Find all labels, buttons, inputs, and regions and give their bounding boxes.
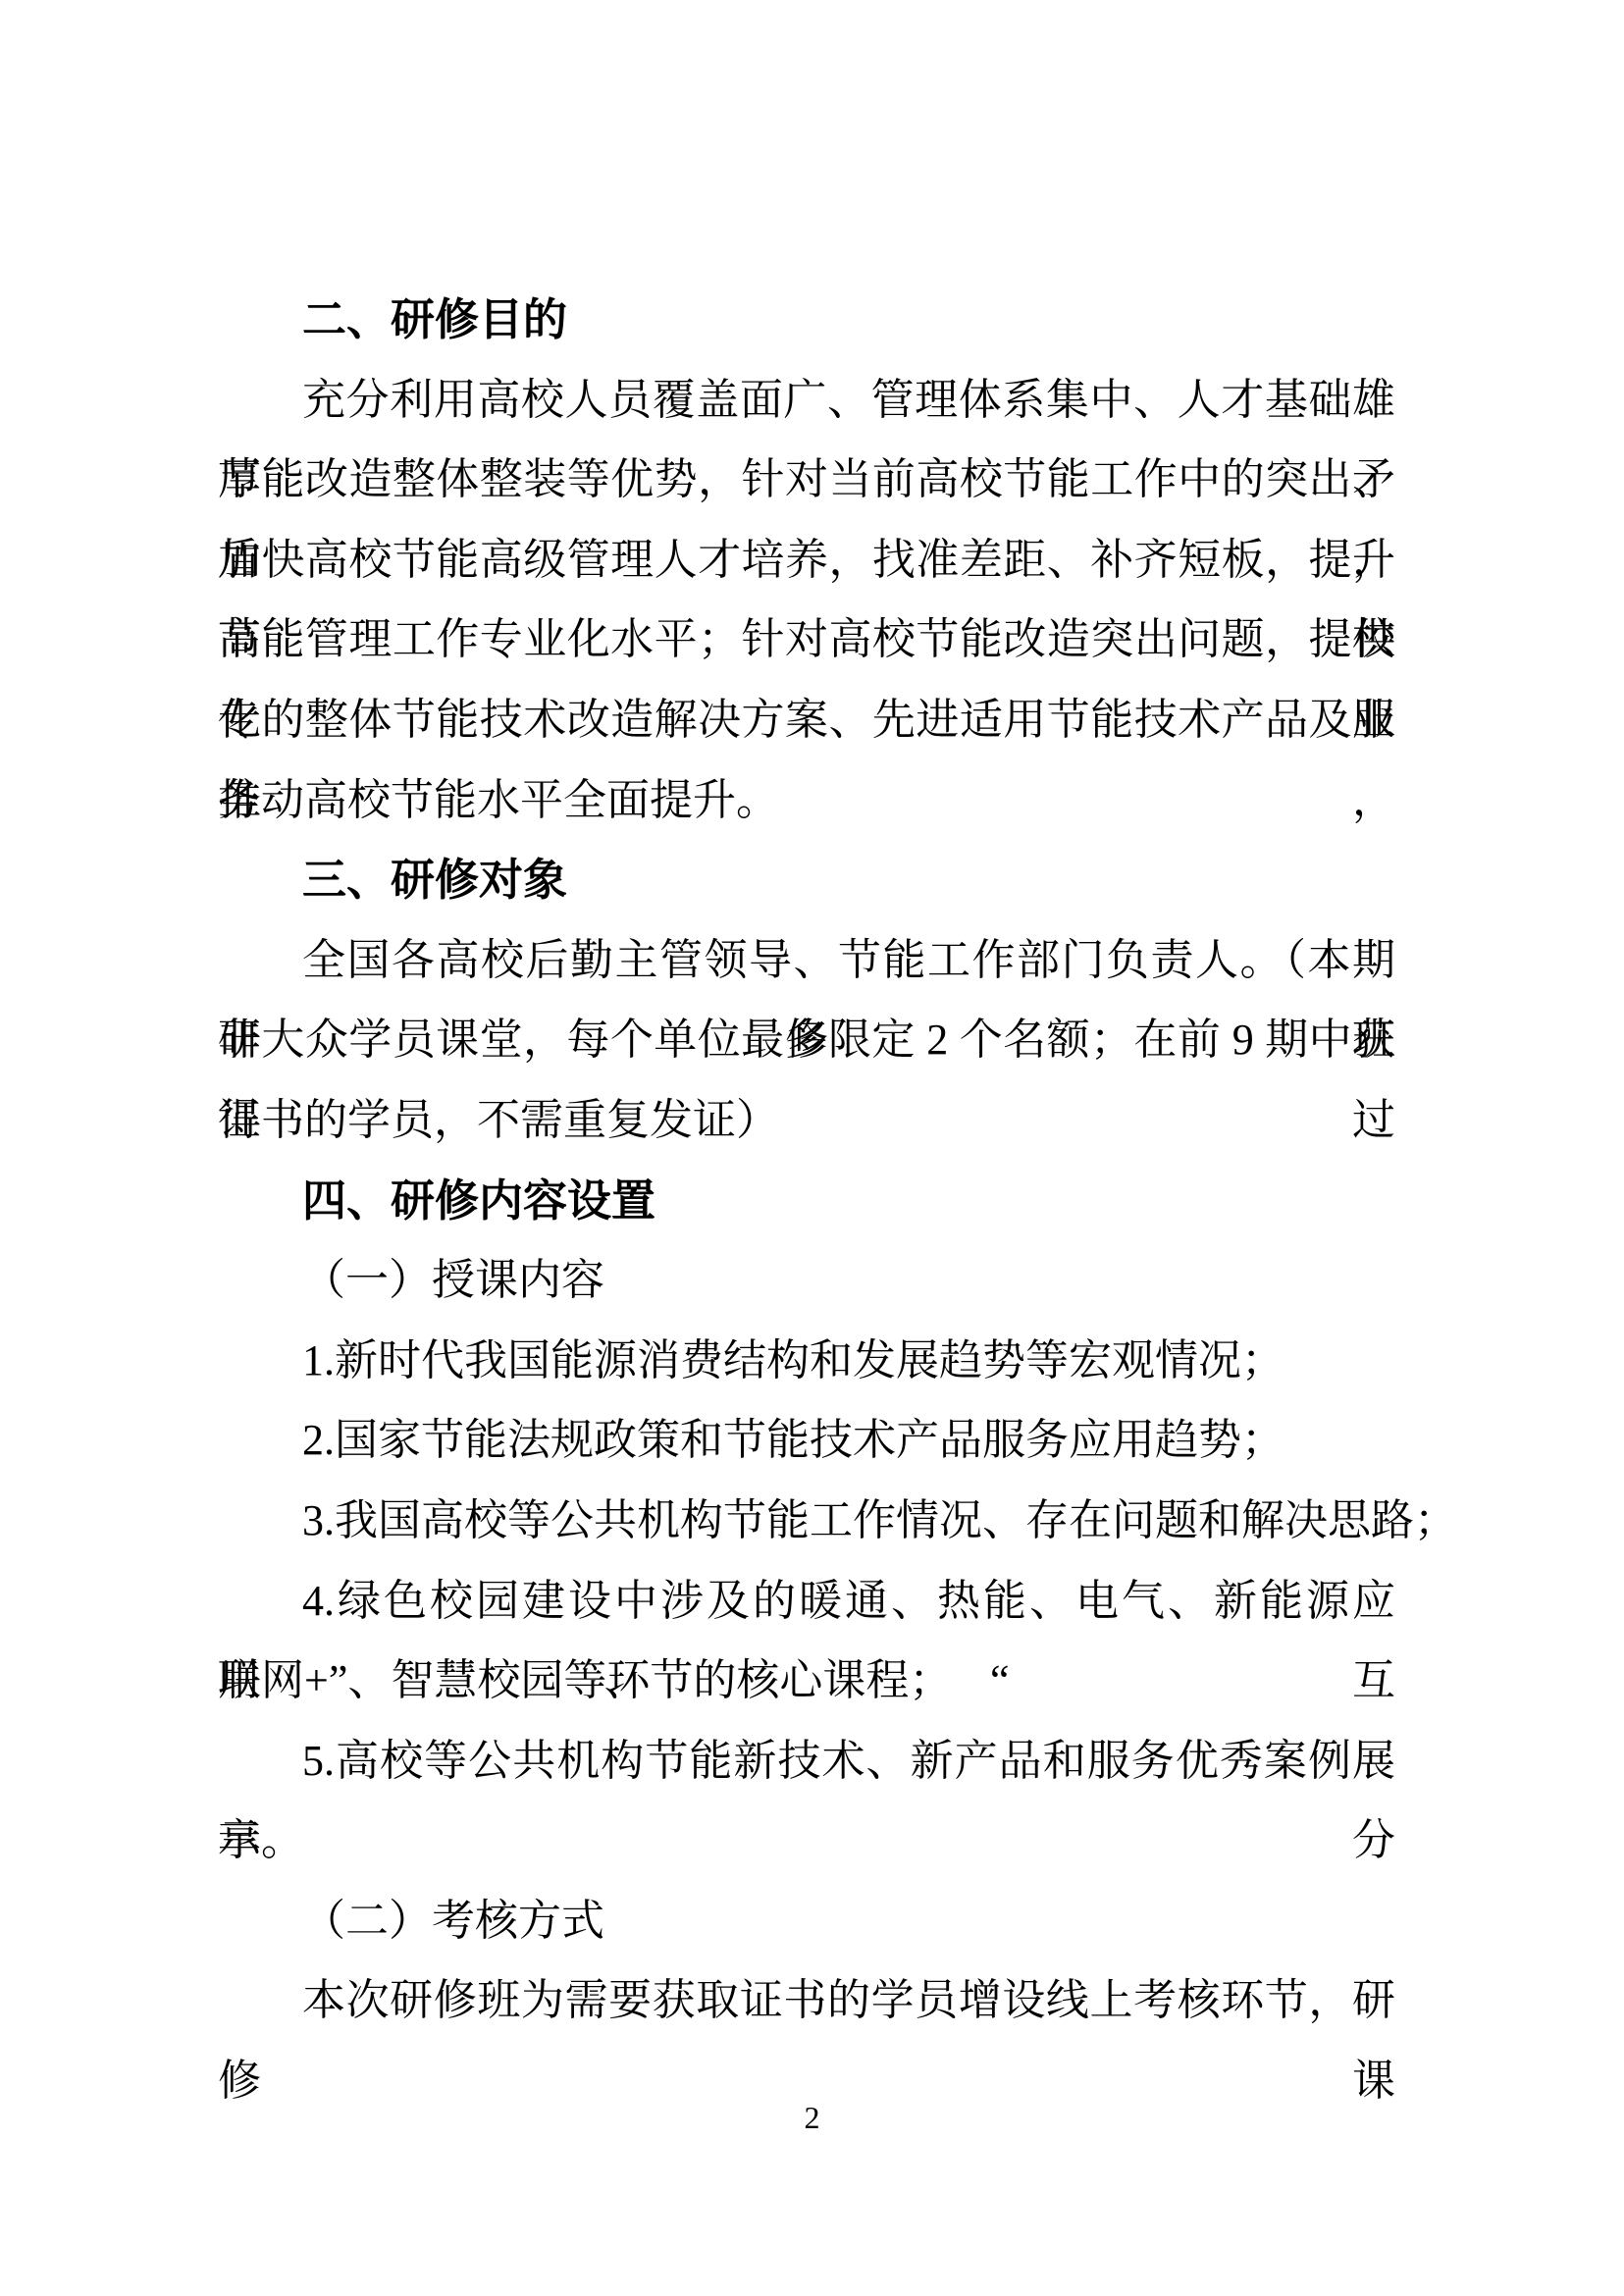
paragraph-audience-line: 非大众学员课堂，每个单位最多限定 2 个名额；在前 9 期中获得过	[218, 1000, 1395, 1080]
list-item-4: 4.绿色校园建设中涉及的暖通、热能、电气、新能源应用、“互	[218, 1561, 1395, 1642]
list-item-3: 3.我国高校等公共机构节能工作情况、存在问题和解决思路；	[218, 1481, 1395, 1561]
paragraph-purpose-line: 节能管理工作专业化水平；针对高校节能改造突出问题，提供专业	[218, 600, 1395, 680]
list-item-5: 5.高校等公共机构节能新技术、新产品和服务优秀案例展示分	[218, 1721, 1395, 1801]
document-text-block: 二、研修目的 充分利用高校人员覆盖面广、管理体系集中、人才基础雄厚、 节能改造整…	[218, 280, 1395, 2041]
subsection-2-heading: （二）考核方式	[218, 1881, 1395, 1961]
paragraph-purpose-line: 充分利用高校人员覆盖面广、管理体系集中、人才基础雄厚、	[218, 360, 1395, 441]
paragraph-audience-line: 全国各高校后勤主管领导、节能工作部门负责人。（本期研修班	[218, 920, 1395, 1001]
page-number: 2	[0, 2096, 1624, 2139]
list-item-2: 2.国家节能法规政策和节能技术产品服务应用趋势；	[218, 1400, 1395, 1481]
paragraph-purpose-line: 化的整体节能技术改造解决方案、先进适用节能技术产品及服务，	[218, 680, 1395, 760]
section-2-heading: 二、研修目的	[218, 280, 1395, 360]
section-3-heading: 三、研修对象	[218, 840, 1395, 920]
document-page: 二、研修目的 充分利用高校人员覆盖面广、管理体系集中、人才基础雄厚、 节能改造整…	[0, 0, 1624, 2296]
paragraph-purpose-line: 加快高校节能高级管理人才培养，找准差距、补齐短板，提升高校	[218, 520, 1395, 600]
section-4-heading: 四、研修内容设置	[218, 1161, 1395, 1241]
paragraph-purpose-line: 节能改造整体整装等优势，针对当前高校节能工作中的突出矛盾，	[218, 440, 1395, 520]
subsection-1-heading: （一）授课内容	[218, 1240, 1395, 1321]
list-item-1: 1.新时代我国能源消费结构和发展趋势等宏观情况；	[218, 1321, 1395, 1401]
paragraph-assessment-line: 本次研修班为需要获取证书的学员增设线上考核环节，研修课	[218, 1960, 1395, 2041]
